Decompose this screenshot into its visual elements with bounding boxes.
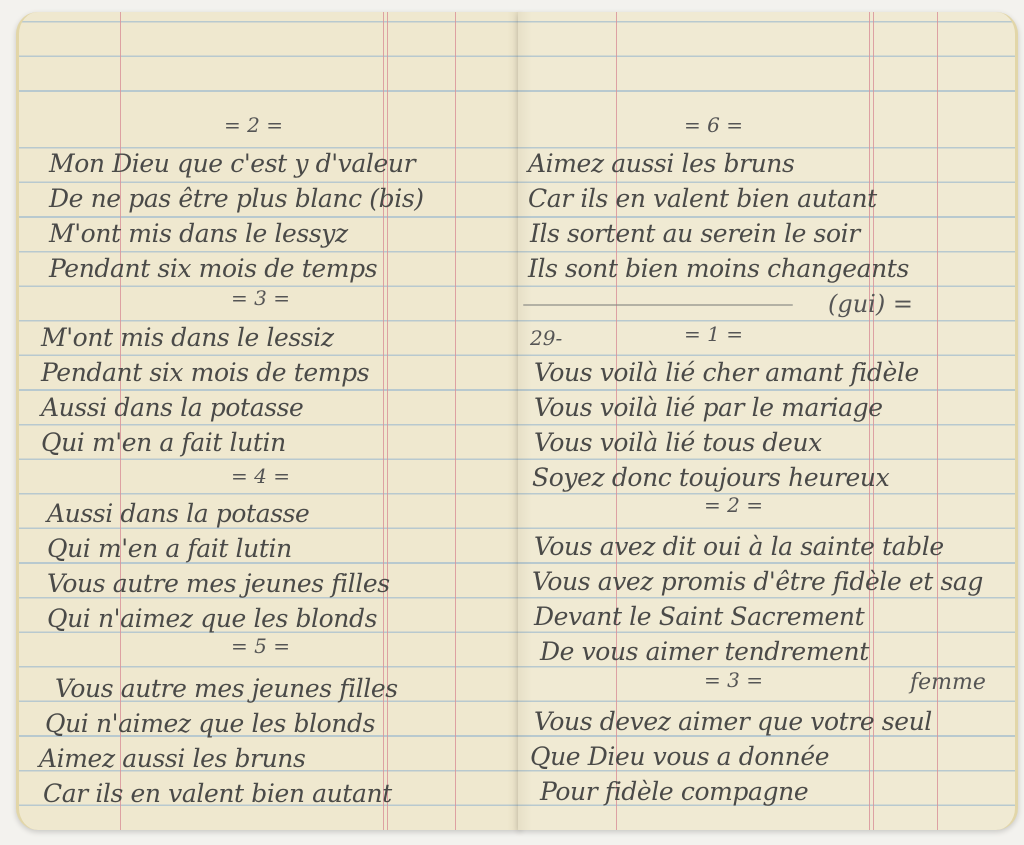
notebook-scan: = 2 = Mon Dieu que c'est y d'valeur De n… [0,0,1024,845]
red-column-rule [387,12,388,830]
closing-note: (gui) = [828,292,913,316]
verse-line: Qui m'en a fait lutin [41,430,286,455]
verse-line: Mon Dieu que c'est y d'valeur [49,151,415,176]
verse-line: Car ils en valent bien autant [43,781,392,806]
verse-line: Devant le Saint Sacrement [534,604,864,629]
stanza-number: = 1 = [684,324,743,344]
stanza-number: = 3 = [704,670,763,690]
verse-line: Qui n'aimez que les blonds [45,711,375,736]
verse-line: Vous avez dit oui à la sainte table [534,534,944,559]
red-column-rule [383,12,384,830]
verse-line: Soyez donc toujours heureux [532,465,889,490]
stanza-number: = 4 = [231,466,290,486]
divider-stroke [523,304,793,306]
stanza-number: = 2 = [224,115,283,135]
stanza-number: = 5 = [231,636,290,656]
verse-line: Vous voilà lié cher amant fidèle [534,360,919,385]
verse-line: Aimez aussi les bruns [528,151,794,176]
verse-line: Ils sortent au serein le soir [530,221,860,246]
verse-line: Qui n'aimez que les blonds [47,606,377,631]
verse-line: Qui m'en a fait lutin [47,536,292,561]
verse-line: Vous avez promis d'être fidèle et sag [532,569,983,594]
left-page: = 2 = Mon Dieu que c'est y d'valeur De n… [16,12,521,830]
verse-line: M'ont mis dans le lessiz [41,325,334,350]
verse-line: Vous voilà lié par le mariage [534,395,883,420]
verse-line: Vous voilà lié tous deux [534,430,822,455]
verse-line: Vous autre mes jeunes filles [55,676,398,701]
red-column-rule [455,12,456,830]
stanza-number: = 3 = [231,288,290,308]
verse-line: De vous aimer tendrement [540,639,869,664]
verse-line: Ils sont bien moins changeants [528,256,909,281]
verse-line: Car ils en valent bien autant [528,186,877,211]
verse-line: M'ont mis dans le lessyz [49,221,348,246]
stanza-number: = 6 = [684,115,743,135]
verse-line: De ne pas être plus blanc (bis) [49,186,424,211]
verse-line: Vous autre mes jeunes filles [47,571,390,596]
verse-line: Pendant six mois de temps [41,360,369,385]
verse-line: Aussi dans la potasse [41,395,303,420]
stanza-number: = 2 = [704,495,763,515]
verse-line: Que Dieu vous a donnée [530,744,829,769]
right-page: = 6 = Aimez aussi les bruns Car ils en v… [518,12,1018,830]
spine-shadow [518,12,532,830]
margin-note: 29- [530,328,562,348]
verse-line: Vous devez aimer que votre seul [534,709,932,734]
verse-line: Aussi dans la potasse [47,501,309,526]
inserted-word: femme [910,672,986,694]
verse-line: Pour fidèle compagne [540,779,808,804]
verse-line: Pendant six mois de temps [49,256,377,281]
verse-line: Aimez aussi les bruns [39,746,305,771]
red-column-rule [937,12,938,830]
